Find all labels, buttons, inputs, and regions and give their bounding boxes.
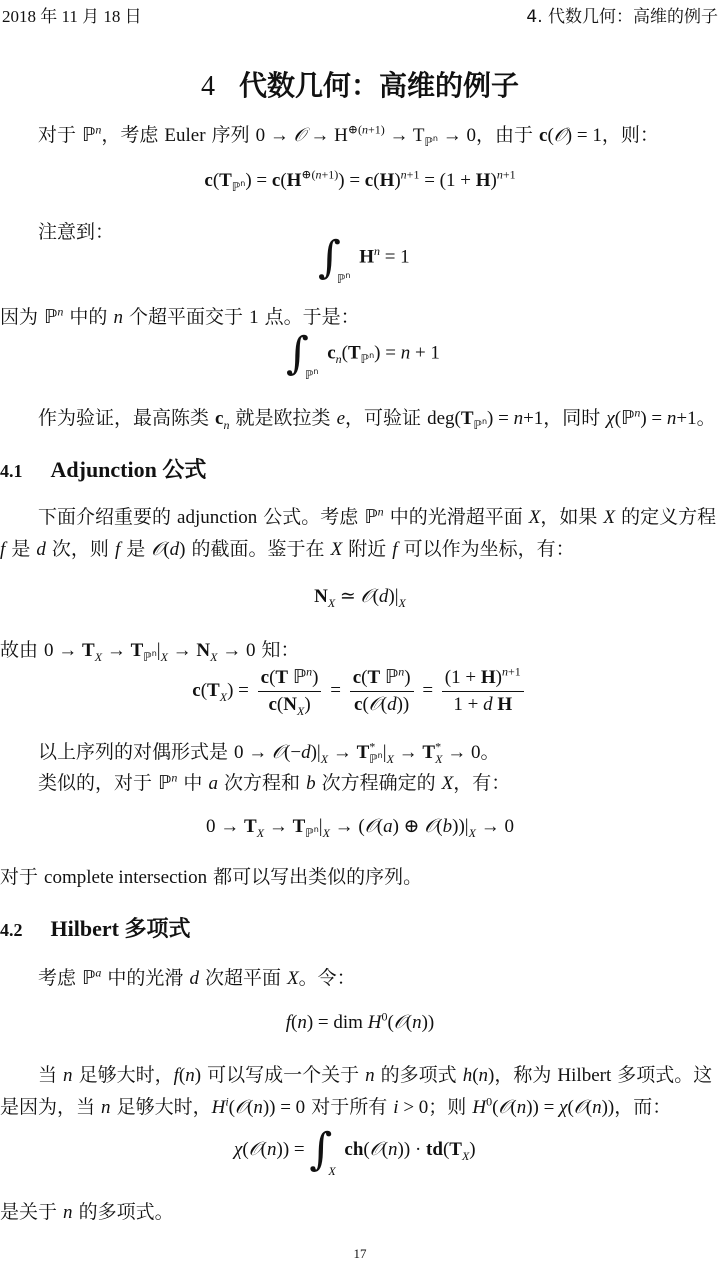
intro-line-3: 作为验证，最高陈类 cn 就是欧拉类 e，可验证 deg(Tℙn) = n+1，…: [38, 403, 716, 430]
section-heading-4-1: 4.1Adjunction 公式: [0, 453, 206, 484]
section-heading-4-2: 4.2Hilbert 多项式: [0, 912, 190, 943]
equation-chern-class-tangent: c(Tℙn) = c(H⊕(n+1)) = c(H)n+1 = (1 + H)n…: [0, 170, 720, 192]
section-number: 4.2: [0, 920, 23, 940]
section41-line-5: 以上序列的对偶形式是 0 → 𝒪(−d)|X → T*ℙn|X → T*X → …: [38, 737, 499, 764]
section42-line-1: 考虑 ℙa 中的光滑 d 次超平面 X。令：: [38, 963, 356, 990]
equation-normal-bundle: NX ≃ 𝒪(d)|X: [0, 585, 720, 608]
section42-line-3: 是关于 n 的多项式。: [0, 1197, 174, 1224]
equation-integral-H-n: ∫ℙn Hn = 1: [318, 236, 410, 280]
section-title: Adjunction 公式: [51, 457, 207, 482]
section-title: Hilbert 多项式: [51, 916, 191, 941]
equation-riemann-roch: χ(𝒪(n)) = ∫X ch(𝒪(n)) · td(TX): [234, 1128, 476, 1172]
running-header-date: 2018 年 11 月 18 日: [2, 2, 142, 27]
section41-line-6: 类似的，对于 ℙn 中 a 次方程和 b 次方程确定的 X，有：: [38, 768, 510, 795]
section41-para-line-1: 下面介绍重要的 adjunction 公式。考虑 ℙn 中的光滑超平面 X，如果…: [38, 502, 716, 529]
intro-line-1: 对于 ℙn，考虑 Euler 序列 0 → 𝒪 → H⊕(n+1) → Tℙn …: [38, 120, 659, 147]
equation-complete-intersection-sequence: 0 → TX → Tℙn|X → (𝒪(a) ⊕ 𝒪(b))|X → 0: [0, 815, 720, 838]
section42-para-line-2: 是因为，当 n 足够大时，Hi(𝒪(n)) = 0 对于所有 i > 0；则 H…: [0, 1092, 671, 1119]
equation-adjunction-chern: c(TX) = c(T ℙn)c(NX) = c(T ℙn)c(𝒪(d)) = …: [0, 666, 720, 716]
section41-line-4: 故由 0 → TX → Tℙn|X → NX → 0 知：: [0, 635, 300, 662]
equation-hilbert-function: f(n) = dim H0(𝒪(n)): [0, 1012, 720, 1034]
section41-para-line-2: f 是 d 次，则 f 是 𝒪(d) 的截面。鉴于在 X 附近 f 可以作为坐标…: [0, 534, 575, 561]
equation-integral-top-chern: ∫ℙn cn(Tℙn) = n + 1: [286, 332, 440, 376]
chapter-title: 4代数几何：高维的例子: [0, 64, 720, 104]
chapter-title-text: 代数几何：高维的例子: [239, 69, 519, 102]
section-number: 4.1: [0, 461, 23, 481]
page-number: 17: [0, 1246, 720, 1262]
intro-line-2: 因为 ℙn 中的 n 个超平面交于 1 点。于是：: [0, 302, 360, 329]
section41-line-7: 对于 complete intersection 都可以写出类似的序列。: [0, 862, 422, 889]
section42-para-line-1: 当 n 足够大时，f(n) 可以写成一个关于 n 的多项式 h(n)，称为 Hi…: [38, 1060, 712, 1087]
running-header-chapter: 4. 代数几何：高维的例子: [526, 2, 718, 27]
note-text: 注意到：: [38, 217, 114, 244]
chapter-number: 4: [201, 71, 215, 102]
